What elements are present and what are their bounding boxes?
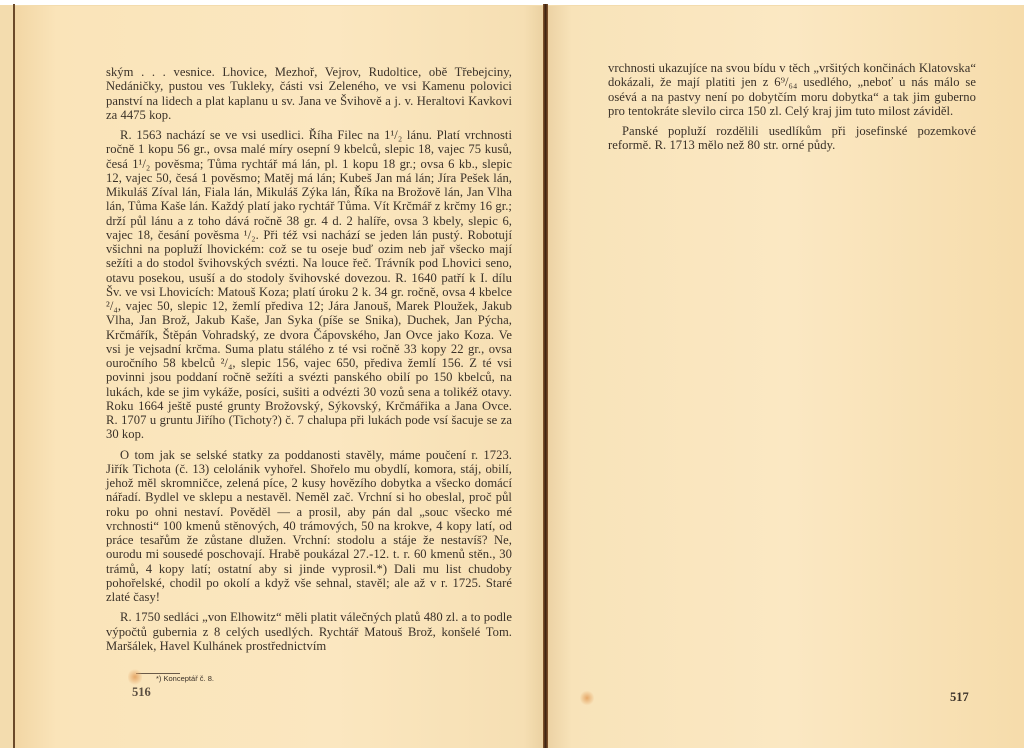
paper-stain: [128, 668, 142, 686]
left-paragraph: R. 1750 sedláci „von Elhowitz“ měli plat…: [106, 610, 512, 653]
right-page-number: 517: [950, 690, 969, 705]
book-spine: [543, 4, 548, 748]
right-paragraph: Panské popluží rozdělili usedlíkům při j…: [608, 124, 976, 153]
footnote: *) Konceptář č. 8.: [156, 674, 214, 683]
left-paragraph: R. 1563 nachází se ve vsi usedlici. Říha…: [106, 128, 512, 442]
paper-stain: [580, 690, 594, 706]
right-page-body: vrchnosti ukazujíce na svou bídu v těch …: [608, 61, 976, 153]
left-paragraph: ským . . . vesnice. Lhovice, Mezhoř, Vej…: [106, 65, 512, 122]
scan-top-border: [0, 0, 1024, 5]
left-paragraph: O tom jak se selské statky za poddanosti…: [106, 448, 512, 605]
book-spread: ským . . . vesnice. Lhovice, Mezhoř, Vej…: [0, 0, 1024, 748]
right-paragraph: vrchnosti ukazujíce na svou bídu v těch …: [608, 61, 976, 118]
left-page-body: ským . . . vesnice. Lhovice, Mezhoř, Vej…: [106, 65, 512, 653]
left-page-edge: [13, 4, 15, 748]
left-page-number: 516: [132, 685, 151, 700]
